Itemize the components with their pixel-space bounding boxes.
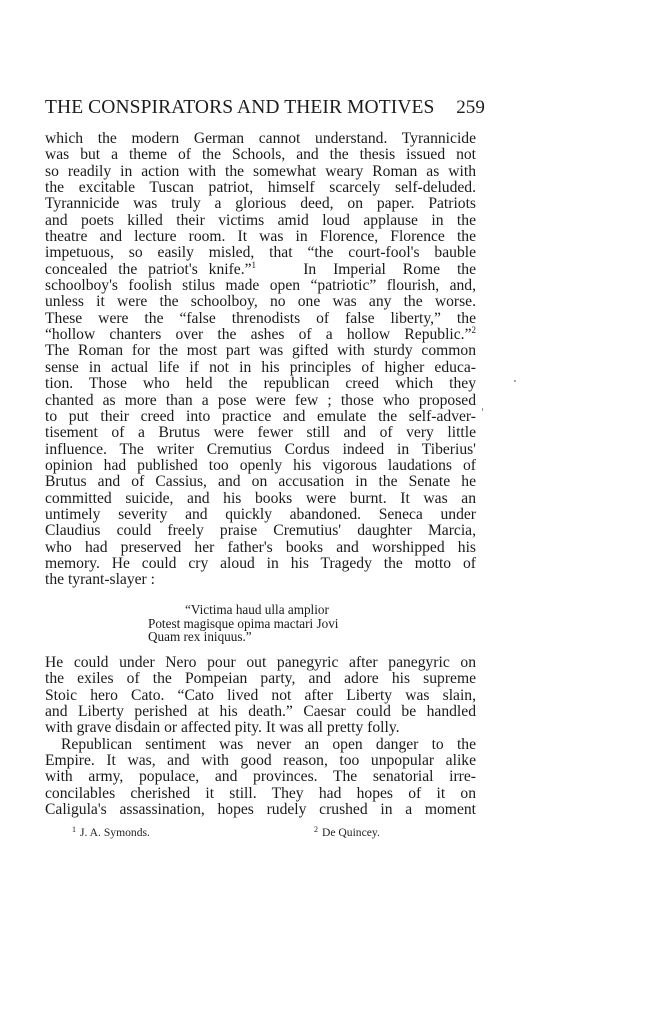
text-line: theatre and lecture room. It was in Flor…	[45, 229, 476, 245]
text-line: Claudius could freely praise Cremutius' …	[45, 523, 476, 539]
text-line: unless it were the schoolboy, no one was…	[45, 294, 476, 310]
footnotes: 1J. A. Symonds. 2De Quincey.	[45, 825, 476, 841]
text-line: so readily in action with the somewhat w…	[45, 164, 476, 180]
text-line: opinion had published too openly his vig…	[45, 458, 476, 474]
text-line: with army, populace, and provinces. The …	[45, 769, 476, 785]
text-line: tisement of a Brutus were fewer still an…	[45, 425, 476, 441]
text-line: the tyrant-slayer :	[45, 572, 476, 588]
text-line: the exiles of the Pompeian party, and ad…	[45, 671, 476, 687]
text-line: committed suicide, and his books were bu…	[45, 491, 476, 507]
footnote-text: De Quincey.	[322, 826, 380, 839]
footnote-ref-1[interactable]: 1	[252, 260, 257, 270]
text-line: impetuous, so easily misled, that “the c…	[45, 245, 476, 261]
text-line: and poets killed their victims amid loud…	[45, 213, 476, 229]
text-line: was but a theme of the Schools, and the …	[45, 147, 476, 163]
text-line: Stoic hero Cato. “Cato lived not after L…	[45, 688, 476, 704]
text-line: chanted as more than a pose were few ; t…	[45, 393, 476, 409]
text-fragment-b: In Imperial Rome the	[303, 262, 476, 278]
text-fragment-a: concealed the patriot's knife.”	[45, 261, 252, 278]
text-line: sense in actual life if not in his princ…	[45, 360, 476, 376]
text-line: to put their creed into practice and emu…	[45, 409, 476, 425]
verse-line: “Victima haud ulla amplior	[45, 603, 476, 617]
text-line: Empire. It was, and with good reason, to…	[45, 753, 476, 769]
text-line: untimely severity and quickly abandoned.…	[45, 507, 476, 523]
scan-speck	[482, 408, 483, 411]
text-line: who had preserved her father's books and…	[45, 540, 476, 556]
text-line: and Liberty perished at his death.” Caes…	[45, 704, 476, 720]
body-paragraph-2: He could under Nero pour out panegyric a…	[45, 655, 476, 818]
text-fragment: concealed the patriot's knife.”1	[45, 262, 256, 278]
footnote-ref-2[interactable]: 2	[472, 325, 477, 335]
verse-line: Potest magisque opima mactari Jovi	[45, 617, 476, 631]
text-line: which the modern German cannot understan…	[45, 131, 476, 147]
footnote-2: 2De Quincey.	[314, 825, 380, 839]
text-line: These were the “false threnodists of fal…	[45, 311, 476, 327]
footnote-text: J. A. Symonds.	[80, 826, 150, 839]
book-page: THE CONSPIRATORS AND THEIR MOTIVES 259 w…	[0, 0, 650, 1020]
body-paragraph-1: which the modern German cannot understan…	[45, 131, 476, 589]
page-number: 259	[456, 97, 485, 119]
text-line: the excitable Tuscan patriot, himself sc…	[45, 180, 476, 196]
chapter-title: THE CONSPIRATORS AND THEIR MOTIVES	[45, 97, 434, 119]
text-line: with grave disdain or affected pity. It …	[45, 720, 476, 736]
footnote-mark: 1	[72, 825, 76, 834]
footnote-mark: 2	[314, 825, 318, 834]
text-line: The Roman for the most part was gifted w…	[45, 343, 476, 359]
text-line-with-footnote: “hollow chanters over the ashes of a hol…	[45, 327, 476, 343]
text-fragment: “hollow chanters over the ashes of a hol…	[45, 326, 472, 343]
text-line: concilables cherished it still. They had…	[45, 786, 476, 802]
text-line: Caligula's assassination, hopes rudely c…	[45, 802, 476, 818]
text-line: schoolboy's foolish stilus made open “pa…	[45, 278, 476, 294]
running-head: THE CONSPIRATORS AND THEIR MOTIVES 259	[45, 97, 485, 119]
text-line: tion. Those who held the republican cree…	[45, 376, 476, 392]
text-line: Republican sentiment was never an open d…	[45, 737, 476, 753]
text-line: memory. He could cry aloud in his Traged…	[45, 556, 476, 572]
text-line: Tyrannicide was truly a glorious deed, o…	[45, 196, 476, 212]
scan-speck	[514, 380, 516, 382]
text-line: He could under Nero pour out panegyric a…	[45, 655, 476, 671]
text-line: Brutus and of Cassius, and on accusation…	[45, 474, 476, 490]
verse-line: Quam rex iniquus.”	[45, 630, 476, 644]
text-line-with-footnote: concealed the patriot's knife.”1 In Impe…	[45, 262, 476, 278]
verse-quotation: “Victima haud ulla amplior Potest magisq…	[45, 603, 476, 644]
footnote-1: 1J. A. Symonds.	[72, 825, 150, 839]
text-line: influence. The writer Cremutius Cordus i…	[45, 442, 476, 458]
